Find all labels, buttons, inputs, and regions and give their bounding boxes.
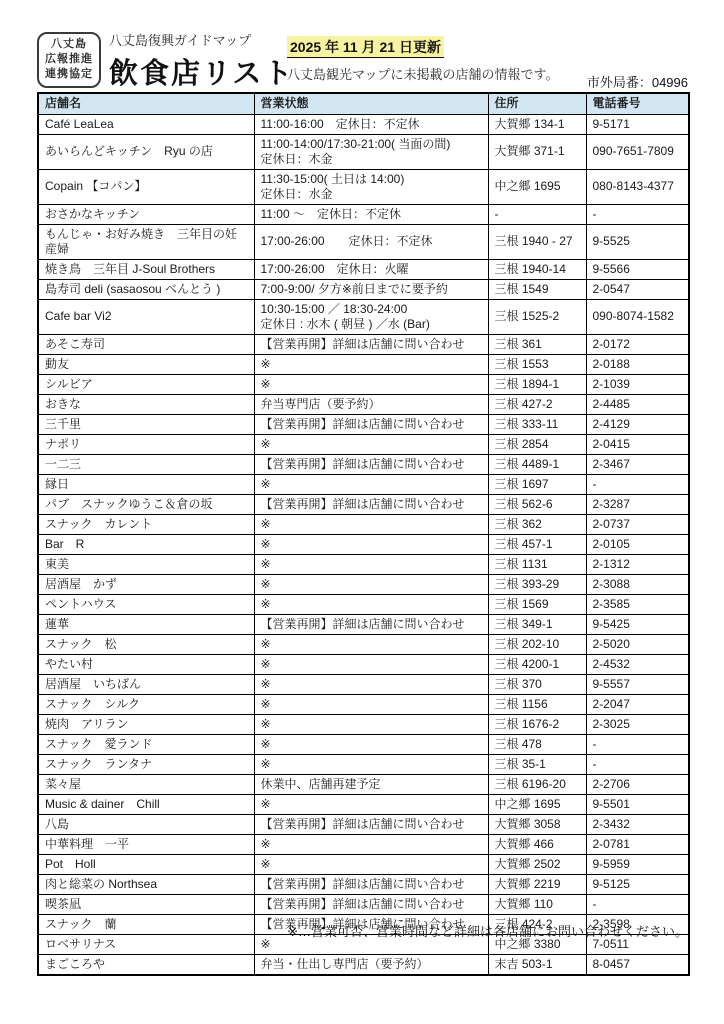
status-cell: ※ xyxy=(254,574,488,594)
shop-name-cell: スナック ランタナ xyxy=(38,754,254,774)
address-cell: 三根 349-1 xyxy=(488,614,586,634)
restaurant-table: 店舗名 営業状態 住所 電話番号 Café LeaLea 11:00-16:00… xyxy=(37,92,690,976)
address-cell: 大賀郷 2502 xyxy=(488,854,586,874)
status-cell: 7:00-9:00/ 夕方※前日までに要予約 xyxy=(254,279,488,299)
shop-name-cell: スナック 蘭 xyxy=(38,914,254,934)
phone-cell: 9-5557 xyxy=(586,674,689,694)
address-cell: 中之郷 1695 xyxy=(488,794,586,814)
table-row: 菜々屋 休業中、店舗再建予定 三根 6196-20 2-2706 xyxy=(38,774,689,794)
page-title: 飲食店リスト xyxy=(109,51,294,92)
phone-cell: 2-0415 xyxy=(586,434,689,454)
status-cell: ※ xyxy=(254,754,488,774)
address-cell: 三根 457-1 xyxy=(488,534,586,554)
address-cell: 大賀郷 110 xyxy=(488,894,586,914)
address-cell: 中之郷 1695 xyxy=(488,169,586,204)
address-cell: 三根 1131 xyxy=(488,554,586,574)
status-cell: 10:30-15:00 ／ 18:30-24:00 定休日 : 水木 ( 朝昼 … xyxy=(254,299,488,334)
status-cell: ※ xyxy=(254,534,488,554)
seal-line: 広報推進 xyxy=(45,53,93,67)
phone-cell: 2-3432 xyxy=(586,814,689,834)
table-row: Copain 【コパン】 11:30-15:00( 土日は 14:00) 定休日… xyxy=(38,169,689,204)
address-cell: 三根 478 xyxy=(488,734,586,754)
shop-name-cell: スナック カレント xyxy=(38,514,254,534)
status-cell: 【営業再開】詳細は店舗に問い合わせ xyxy=(254,414,488,434)
table-row: ナポリ ※ 三根 2854 2-0415 xyxy=(38,434,689,454)
status-cell: 11:30-15:00( 土日は 14:00) 定休日：水金 xyxy=(254,169,488,204)
status-cell: 弁当専門店（要予約） xyxy=(254,394,488,414)
address-cell: 三根 1553 xyxy=(488,354,586,374)
table-row: おさかなキッチン 11:00 ～ 定休日：不定休 - - xyxy=(38,204,689,224)
shop-name-cell: 動友 xyxy=(38,354,254,374)
phone-cell: 2-3585 xyxy=(586,594,689,614)
table-row: もんじゃ・お好み焼き 三年目の妊産婦 17:00-26:00 定休日：不定休 三… xyxy=(38,224,689,259)
address-cell: 三根 1156 xyxy=(488,694,586,714)
status-cell: ※ xyxy=(254,854,488,874)
phone-cell: 9-5425 xyxy=(586,614,689,634)
footnote: ※…営業可否、営業時間など詳細は各店舗にお問い合わせください。 xyxy=(287,921,688,940)
shop-name-cell: ロベサリナス xyxy=(38,934,254,954)
status-cell: 17:00-26:00 定休日：火曜 xyxy=(254,259,488,279)
table-row: 居酒屋 かず ※ 三根 393-29 2-3088 xyxy=(38,574,689,594)
phone-cell: 9-5501 xyxy=(586,794,689,814)
status-cell: ※ xyxy=(254,514,488,534)
phone-cell: 2-4129 xyxy=(586,414,689,434)
address-cell: 三根 35-1 xyxy=(488,754,586,774)
shop-name-cell: 三千里 xyxy=(38,414,254,434)
status-cell: 【営業再開】詳細は店舗に問い合わせ xyxy=(254,494,488,514)
phone-cell: 2-0172 xyxy=(586,334,689,354)
phone-cell: 9-5125 xyxy=(586,874,689,894)
status-cell: ※ xyxy=(254,674,488,694)
table-row: Café LeaLea 11:00-16:00 定休日：不定休 大賀郷 134-… xyxy=(38,114,689,134)
status-cell: ※ xyxy=(254,594,488,614)
phone-cell: 2-0188 xyxy=(586,354,689,374)
status-cell: 【営業再開】詳細は店舗に問い合わせ xyxy=(254,894,488,914)
phone-cell: 2-0737 xyxy=(586,514,689,534)
shop-name-cell: 肉と総菜の Northsea xyxy=(38,874,254,894)
table-row: スナック シルク ※ 三根 1156 2-2047 xyxy=(38,694,689,714)
address-cell: 三根 362 xyxy=(488,514,586,534)
shop-name-cell: スナック シルク xyxy=(38,694,254,714)
shop-name-cell: ナポリ xyxy=(38,434,254,454)
address-cell: 三根 2854 xyxy=(488,434,586,454)
table-row: まごころや 弁当・仕出し専門店（要予約） 末吉 503-1 8-0457 xyxy=(38,954,689,975)
table-row: あいらんどキッチン Ryu の店 11:00-14:00/17:30-21:00… xyxy=(38,134,689,169)
column-header-address: 住所 xyxy=(488,93,586,114)
address-cell: 大賀郷 3058 xyxy=(488,814,586,834)
status-cell: 【営業再開】詳細は店舗に問い合わせ xyxy=(254,814,488,834)
phone-cell: 090-8074-1582 xyxy=(586,299,689,334)
phone-cell: 2-0781 xyxy=(586,834,689,854)
status-cell: 【営業再開】詳細は店舗に問い合わせ xyxy=(254,874,488,894)
shop-name-cell: Pot Holl xyxy=(38,854,254,874)
shop-name-cell: Bar R xyxy=(38,534,254,554)
table-row: Bar R ※ 三根 457-1 2-0105 xyxy=(38,534,689,554)
address-cell: 三根 1525-2 xyxy=(488,299,586,334)
shop-name-cell: Cafe bar Vi2 xyxy=(38,299,254,334)
title-block: 八丈島復興ガイドマップ 飲食店リスト xyxy=(109,30,294,92)
table-row: 縁日 ※ 三根 1697 - xyxy=(38,474,689,494)
phone-cell: 9-5566 xyxy=(586,259,689,279)
status-cell: 17:00-26:00 定休日：不定休 xyxy=(254,224,488,259)
table-row: スナック 愛ランド ※ 三根 478 - xyxy=(38,734,689,754)
table-row: 三千里 【営業再開】詳細は店舗に問い合わせ 三根 333-11 2-4129 xyxy=(38,414,689,434)
status-cell: ※ xyxy=(254,374,488,394)
status-cell: 11:00 ～ 定休日：不定休 xyxy=(254,204,488,224)
document-page: 八丈島 広報推進 連携協定 八丈島復興ガイドマップ 飲食店リスト 2025 年 … xyxy=(0,0,724,1024)
shop-name-cell: 蓮華 xyxy=(38,614,254,634)
address-cell: - xyxy=(488,204,586,224)
table-row: Cafe bar Vi2 10:30-15:00 ／ 18:30-24:00 定… xyxy=(38,299,689,334)
phone-cell: 2-0547 xyxy=(586,279,689,299)
phone-cell: 2-3467 xyxy=(586,454,689,474)
phone-cell: 2-3025 xyxy=(586,714,689,734)
status-cell: ※ xyxy=(254,554,488,574)
status-cell: ※ xyxy=(254,714,488,734)
shop-name-cell: 焼肉 アリラン xyxy=(38,714,254,734)
table-row: 肉と総菜の Northsea 【営業再開】詳細は店舗に問い合わせ 大賀郷 221… xyxy=(38,874,689,894)
address-cell: 三根 393-29 xyxy=(488,574,586,594)
shop-name-cell: 島寿司 deli (sasaosou べんとう ) xyxy=(38,279,254,299)
address-cell: 大賀郷 134-1 xyxy=(488,114,586,134)
page-subtitle: 八丈島復興ガイドマップ xyxy=(109,30,294,49)
shop-name-cell: Café LeaLea xyxy=(38,114,254,134)
shop-name-cell: Music & dainer Chill xyxy=(38,794,254,814)
table-row: 動友 ※ 三根 1553 2-0188 xyxy=(38,354,689,374)
shop-name-cell: おさかなキッチン xyxy=(38,204,254,224)
address-cell: 大賀郷 466 xyxy=(488,834,586,854)
table-row: おきな 弁当専門店（要予約） 三根 427-2 2-4485 xyxy=(38,394,689,414)
status-cell: ※ xyxy=(254,794,488,814)
address-cell: 三根 1940-14 xyxy=(488,259,586,279)
phone-cell: 2-2047 xyxy=(586,694,689,714)
association-seal: 八丈島 広報推進 連携協定 xyxy=(37,32,101,88)
shop-name-cell: ペントハウス xyxy=(38,594,254,614)
status-cell: ※ xyxy=(254,634,488,654)
status-cell: 【営業再開】詳細は店舗に問い合わせ xyxy=(254,614,488,634)
status-cell: ※ xyxy=(254,354,488,374)
column-header-phone: 電話番号 xyxy=(586,93,689,114)
column-header-status: 営業状態 xyxy=(254,93,488,114)
area-code-label: 市外局番：04996 xyxy=(587,72,688,91)
table-row: 喫茶凪 【営業再開】詳細は店舗に問い合わせ 大賀郷 110 - xyxy=(38,894,689,914)
address-cell: 三根 1549 xyxy=(488,279,586,299)
table-row: 東美 ※ 三根 1131 2-1312 xyxy=(38,554,689,574)
address-cell: 三根 202-10 xyxy=(488,634,586,654)
phone-cell: 2-1312 xyxy=(586,554,689,574)
shop-name-cell: 中華料理 一平 xyxy=(38,834,254,854)
table-row: シルビア ※ 三根 1894-1 2-1039 xyxy=(38,374,689,394)
shop-name-cell: Copain 【コパン】 xyxy=(38,169,254,204)
address-cell: 三根 427-2 xyxy=(488,394,586,414)
phone-cell: 2-4485 xyxy=(586,394,689,414)
shop-name-cell: おきな xyxy=(38,394,254,414)
phone-cell: 2-3088 xyxy=(586,574,689,594)
table-row: パブ スナックゆうこ＆倉の坂 【営業再開】詳細は店舗に問い合わせ 三根 562-… xyxy=(38,494,689,514)
address-cell: 三根 370 xyxy=(488,674,586,694)
shop-name-cell: パブ スナックゆうこ＆倉の坂 xyxy=(38,494,254,514)
address-cell: 三根 562-6 xyxy=(488,494,586,514)
shop-name-cell: やたい村 xyxy=(38,654,254,674)
table-row: 居酒屋 いちばん ※ 三根 370 9-5557 xyxy=(38,674,689,694)
table-row: 島寿司 deli (sasaosou べんとう ) 7:00-9:00/ 夕方※… xyxy=(38,279,689,299)
status-cell: 【営業再開】詳細は店舗に問い合わせ xyxy=(254,334,488,354)
table-row: 蓮華 【営業再開】詳細は店舗に問い合わせ 三根 349-1 9-5425 xyxy=(38,614,689,634)
table-row: Music & dainer Chill ※ 中之郷 1695 9-5501 xyxy=(38,794,689,814)
shop-name-cell: 一二三 xyxy=(38,454,254,474)
table-row: 焼肉 アリラン ※ 三根 1676-2 2-3025 xyxy=(38,714,689,734)
status-cell: 【営業再開】詳細は店舗に問い合わせ xyxy=(254,454,488,474)
table-row: やたい村 ※ 三根 4200-1 2-4532 xyxy=(38,654,689,674)
table-row: 焼き鳥 三年目 J-Soul Brothers 17:00-26:00 定休日：… xyxy=(38,259,689,279)
shop-name-cell: 居酒屋 かず xyxy=(38,574,254,594)
table-row: スナック 松 ※ 三根 202-10 2-5020 xyxy=(38,634,689,654)
phone-cell: 080-8143-4377 xyxy=(586,169,689,204)
shop-name-cell: 居酒屋 いちばん xyxy=(38,674,254,694)
shop-name-cell: シルビア xyxy=(38,374,254,394)
shop-name-cell: あそこ寿司 xyxy=(38,334,254,354)
address-cell: 三根 1676-2 xyxy=(488,714,586,734)
status-cell: 11:00-16:00 定休日：不定休 xyxy=(254,114,488,134)
address-cell: 三根 1697 xyxy=(488,474,586,494)
status-cell: ※ xyxy=(254,474,488,494)
seal-line: 連携協定 xyxy=(45,68,93,82)
update-note: 八丈島観光マップに未掲載の店舗の情報です。 xyxy=(287,64,558,83)
address-cell: 三根 4200-1 xyxy=(488,654,586,674)
table-row: 八島 【営業再開】詳細は店舗に問い合わせ 大賀郷 3058 2-3432 xyxy=(38,814,689,834)
status-cell: 弁当・仕出し専門店（要予約） xyxy=(254,954,488,975)
seal-line: 八丈島 xyxy=(51,38,87,52)
phone-cell: - xyxy=(586,474,689,494)
table-row: あそこ寿司 【営業再開】詳細は店舗に問い合わせ 三根 361 2-0172 xyxy=(38,334,689,354)
phone-cell: 8-0457 xyxy=(586,954,689,975)
table-row: 中華料理 一平 ※ 大賀郷 466 2-0781 xyxy=(38,834,689,854)
address-cell: 大賀郷 371-1 xyxy=(488,134,586,169)
phone-cell: - xyxy=(586,894,689,914)
shop-name-cell: スナック 松 xyxy=(38,634,254,654)
shop-name-cell: もんじゃ・お好み焼き 三年目の妊産婦 xyxy=(38,224,254,259)
address-cell: 三根 1894-1 xyxy=(488,374,586,394)
status-cell: ※ xyxy=(254,834,488,854)
table-row: 一二三 【営業再開】詳細は店舗に問い合わせ 三根 4489-1 2-3467 xyxy=(38,454,689,474)
phone-cell: 9-5525 xyxy=(586,224,689,259)
shop-name-cell: 焼き鳥 三年目 J-Soul Brothers xyxy=(38,259,254,279)
phone-cell: 2-2706 xyxy=(586,774,689,794)
status-cell: 11:00-14:00/17:30-21:00( 当面の間) 定休日：木金 xyxy=(254,134,488,169)
table-row: ペントハウス ※ 三根 1569 2-3585 xyxy=(38,594,689,614)
shop-name-cell: まごころや xyxy=(38,954,254,975)
table-row: スナック カレント ※ 三根 362 2-0737 xyxy=(38,514,689,534)
shop-name-cell: あいらんどキッチン Ryu の店 xyxy=(38,134,254,169)
phone-cell: 9-5171 xyxy=(586,114,689,134)
status-cell: 休業中、店舗再建予定 xyxy=(254,774,488,794)
address-cell: 末吉 503-1 xyxy=(488,954,586,975)
phone-cell: 9-5959 xyxy=(586,854,689,874)
update-block: 2025 年 11 月 21 日更新 八丈島観光マップに未掲載の店舗の情報です。 xyxy=(287,36,558,83)
column-header-shop-name: 店舗名 xyxy=(38,93,254,114)
status-cell: ※ xyxy=(254,434,488,454)
update-date-highlight: 2025 年 11 月 21 日更新 xyxy=(287,36,444,58)
phone-cell: 2-3287 xyxy=(586,494,689,514)
phone-cell: - xyxy=(586,754,689,774)
status-cell: ※ xyxy=(254,694,488,714)
shop-name-cell: 縁日 xyxy=(38,474,254,494)
shop-name-cell: 東美 xyxy=(38,554,254,574)
phone-cell: 090-7651-7809 xyxy=(586,134,689,169)
phone-cell: 2-4532 xyxy=(586,654,689,674)
address-cell: 三根 6196-20 xyxy=(488,774,586,794)
status-cell: ※ xyxy=(254,654,488,674)
shop-name-cell: 喫茶凪 xyxy=(38,894,254,914)
address-cell: 三根 1569 xyxy=(488,594,586,614)
status-cell: ※ xyxy=(254,734,488,754)
address-cell: 大賀郷 2219 xyxy=(488,874,586,894)
table-row: Pot Holl ※ 大賀郷 2502 9-5959 xyxy=(38,854,689,874)
phone-cell: 2-1039 xyxy=(586,374,689,394)
table-row: スナック ランタナ ※ 三根 35-1 - xyxy=(38,754,689,774)
shop-name-cell: スナック 愛ランド xyxy=(38,734,254,754)
address-cell: 三根 333-11 xyxy=(488,414,586,434)
shop-name-cell: 菜々屋 xyxy=(38,774,254,794)
phone-cell: 2-5020 xyxy=(586,634,689,654)
phone-cell: - xyxy=(586,204,689,224)
phone-cell: - xyxy=(586,734,689,754)
phone-cell: 2-0105 xyxy=(586,534,689,554)
table-header-row: 店舗名 営業状態 住所 電話番号 xyxy=(38,93,689,114)
shop-name-cell: 八島 xyxy=(38,814,254,834)
address-cell: 三根 4489-1 xyxy=(488,454,586,474)
address-cell: 三根 1940 - 27 xyxy=(488,224,586,259)
address-cell: 三根 361 xyxy=(488,334,586,354)
